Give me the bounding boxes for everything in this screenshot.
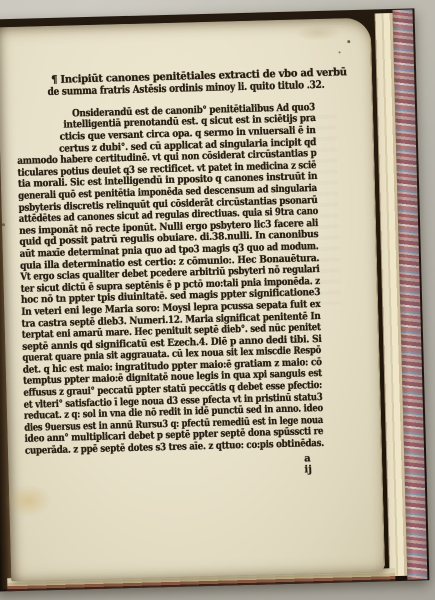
- stain: [295, 24, 341, 41]
- ink-speck: [339, 51, 341, 53]
- paragraph: Onsiderandū est de canonib° penitētialib…: [16, 102, 324, 458]
- text-block: ¶ Incipiūt canones penitētiales extracti…: [15, 67, 325, 482]
- book: ¶ Incipiūt canones penitētiales extracti…: [0, 8, 429, 591]
- book-page: ¶ Incipiūt canones penitētiales extracti…: [0, 18, 385, 582]
- photo-background: { "colors": { "background_gray": "#b6b3a…: [0, 0, 435, 600]
- stain: [5, 484, 52, 517]
- ink-speck: [2, 223, 5, 226]
- ink-speck: [347, 40, 350, 43]
- signature-mark: a ij: [304, 453, 325, 476]
